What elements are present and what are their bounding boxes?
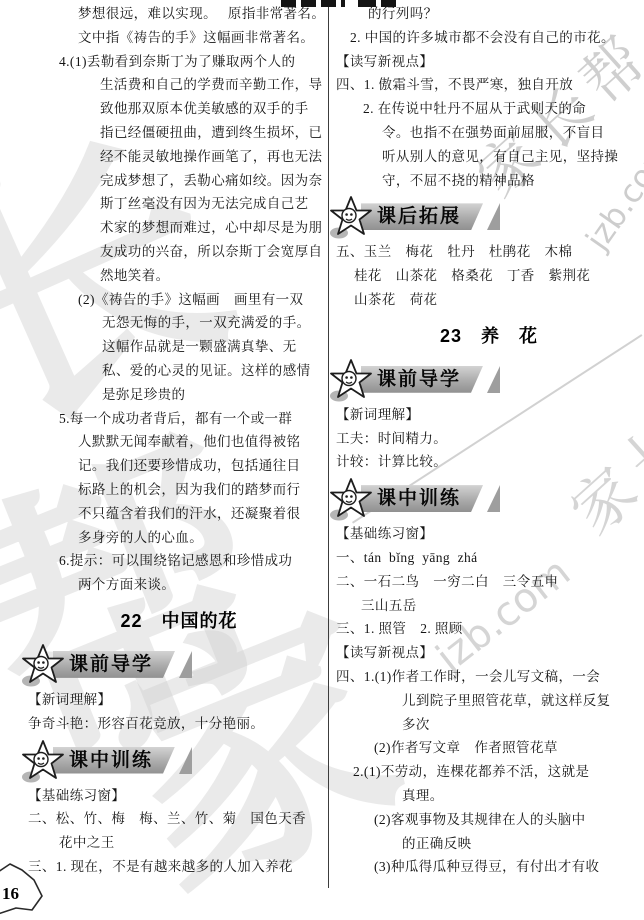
banner-tail-icon [179, 747, 192, 774]
section-banner-ribbon: 课后拓展 [361, 203, 483, 230]
banner-tail-icon [179, 651, 192, 678]
answer-line: (2)《祷告的手》这幅画 画里有一双 [28, 288, 330, 312]
answer-line: 经不能灵敏地操作画笔了，再也无法 [28, 145, 330, 169]
section-banner: 课前导学 [336, 358, 642, 402]
running-head-glyph-fragment [341, 0, 345, 7]
banner-tail-icon [487, 366, 500, 393]
answer-line: 2.(1)不劳动，连棵花都养不活，这就是 [336, 760, 642, 784]
answer-line: 这幅作品就是一颗盛满真挚、无 [28, 335, 330, 359]
star-face-icon [20, 643, 66, 689]
answer-line: 指已经僵硬扭曲，遭到终生损坏，已 [28, 121, 330, 145]
answer-line: 【读写新视点】 [336, 641, 642, 665]
answer-line: (2)客观事物及其规律在人的头脑中 [336, 808, 642, 832]
page-number-badge: 16 [0, 858, 54, 918]
answer-line: 不只蕴含着我们的汗水，还凝聚着很 [28, 502, 330, 526]
section-banner-label: 课前导学 [69, 654, 153, 675]
section-banner: 课前导学 [28, 643, 330, 687]
answer-line: 无怨无悔的手，一双充满爱的手。 [28, 311, 330, 335]
answer-line: 三山五岳 [336, 594, 642, 618]
answer-line: 友成功的兴奋，所以奈斯丁会宽厚自 [28, 240, 330, 264]
running-head-glyph-fragment [381, 0, 396, 7]
answer-line: (3)种瓜得瓜种豆得豆，有付出才有收 [336, 855, 642, 879]
answer-line: 文中指《祷告的手》这幅画非常著名。 [28, 26, 330, 50]
running-head-glyph-fragment [321, 0, 336, 7]
answer-line: 二、一石二鸟 一穷二白 三令五申 [336, 570, 642, 594]
answer-line: 【新词理解】 [28, 688, 330, 712]
section-banner: 课中训练 [28, 739, 330, 783]
column-right: 的行列吗？2. 中国的许多城市都不会没有自己的市花。【读写新视点】四、1. 傲霜… [336, 2, 642, 879]
answer-line: 【基础练习窗】 [28, 784, 330, 808]
answer-line: 5.每一个成功者背后，都有一个或一群 [28, 407, 330, 431]
section-banner-label: 课后拓展 [377, 206, 461, 227]
answer-line: 多次 [336, 713, 642, 737]
answer-line: 听从别人的意见，有自己主见，坚持操 [336, 145, 642, 169]
answer-line: 四、1.(1)作者工作时，一会儿写文稿，一会 [336, 665, 642, 689]
book-page: 长 帮 家 家长帮 jzb.com 家长 jzb.com 梦想很远，难以实现。 … [0, 0, 644, 920]
answer-line: 【读写新视点】 [336, 50, 642, 74]
answer-line: 争奇斗艳：形容百花竞放，十分艳丽。 [28, 712, 330, 736]
section-banner-ribbon: 课前导学 [53, 651, 175, 678]
answer-line: 标路上的机会，因为我们的踏梦而行 [28, 478, 330, 502]
star-face-icon [20, 739, 66, 785]
answer-line: 私、爱的心灵的见证。这样的感情 [28, 359, 330, 383]
answer-line: 多身旁的人的心血。 [28, 526, 330, 550]
star-face-icon [328, 358, 374, 404]
section-banner-ribbon: 课前导学 [361, 366, 483, 393]
lesson-title: 23 养 花 [336, 320, 642, 352]
answer-line: 记。我们还要珍惜成功，包括通往目 [28, 454, 330, 478]
banner-tail-icon [487, 203, 500, 230]
answer-line: 斯丁丝毫没有因为无法完成自己艺 [28, 192, 330, 216]
answer-line: 守，不屈不挠的精神品格 [336, 169, 642, 193]
answer-line: 三、1. 照管 2. 照顾 [336, 617, 642, 641]
star-face-icon [328, 477, 374, 523]
answer-line: 4.(1)丢勒看到奈斯丁为了赚取两个人的 [28, 50, 330, 74]
answer-line: 的正确反映 [336, 832, 642, 856]
answer-line: 真理。 [336, 784, 642, 808]
answer-line: 桂花 山茶花 格桑花 丁香 紫荆花 [336, 264, 642, 288]
running-head-fragment [281, 0, 396, 7]
answer-line: 2. 中国的许多城市都不会没有自己的市花。 [336, 26, 642, 50]
running-head-glyph-fragment [358, 0, 376, 7]
answer-line: 三、1. 现在，不是有越来越多的人加入养花 [28, 855, 330, 879]
star-face-icon [328, 195, 374, 241]
answer-line: 工夫：时间精力。 [336, 427, 642, 451]
answer-line: 二、松、竹、梅 梅、兰、竹、菊 国色天香 [28, 807, 330, 831]
running-head-glyph-fragment [281, 0, 296, 7]
running-head-glyph-fragment [301, 0, 316, 7]
answer-line: 致他那双原本优美敏感的双手的手 [28, 97, 330, 121]
answer-line: (2)作者写文章 作者照管花草 [336, 736, 642, 760]
answer-line: 儿到院子里照管花草，就这样反复 [336, 689, 642, 713]
answer-line: 然地笑着。 [28, 264, 330, 288]
banner-tail-icon [487, 485, 500, 512]
answer-line: 一、tán bǐng yāng zhá [336, 546, 642, 570]
column-left: 梦想很远，难以实现。 原指非常著名。文中指《祷告的手》这幅画非常著名。4.(1)… [28, 2, 330, 879]
lesson-title: 22 中国的花 [28, 605, 330, 637]
answer-line: 山茶花 荷花 [336, 288, 642, 312]
page-number: 16 [2, 884, 19, 904]
section-banner-ribbon: 课中训练 [361, 485, 483, 512]
section-banner-label: 课中训练 [69, 750, 153, 771]
answer-line: 【新词理解】 [336, 403, 642, 427]
section-banner: 课后拓展 [336, 195, 642, 239]
answer-line: 术家的梦想而难过，心中却尽是为朋 [28, 216, 330, 240]
answer-line: 【基础练习窗】 [336, 522, 642, 546]
answer-line: 2. 在传说中牡丹不屈从于武则天的命 [336, 97, 642, 121]
answer-line: 四、1. 傲霜斗雪，不畏严寒，独自开放 [336, 73, 642, 97]
answer-line: 人默默无闻奉献着，他们也值得被铭 [28, 430, 330, 454]
section-banner-ribbon: 课中训练 [53, 747, 175, 774]
section-banner: 课中训练 [336, 477, 642, 521]
answer-line: 6.提示：可以围绕铭记感恩和珍惜成功 [28, 549, 330, 573]
section-banner-label: 课中训练 [377, 488, 461, 509]
answer-line: 是弥足珍贵的 [28, 383, 330, 407]
answer-line: 五、玉兰 梅花 牡丹 杜鹃花 木棉 [336, 240, 642, 264]
answer-line: 令。也指不在强势面前屈服，不盲目 [336, 121, 642, 145]
answer-line: 花中之王 [28, 831, 330, 855]
answer-line: 计较：计算比较。 [336, 450, 642, 474]
answer-line: 完成梦想了，丢勒心痛如绞。因为奈 [28, 169, 330, 193]
section-banner-label: 课前导学 [377, 369, 461, 390]
answer-line: 两个方面来谈。 [28, 573, 330, 597]
answer-line: 生活费和自己的学费而辛勤工作，导 [28, 73, 330, 97]
